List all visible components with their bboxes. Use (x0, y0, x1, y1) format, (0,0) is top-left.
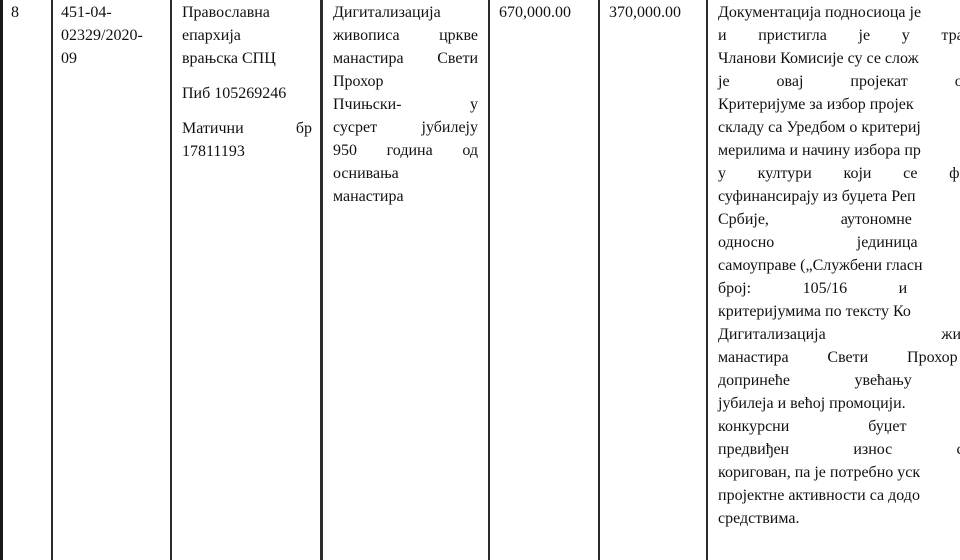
explanation-line: предвиђен износ средста (718, 438, 960, 461)
project-title-cell: Дигитализацијаживописа црквеманастира Св… (320, 0, 488, 560)
explanation-line: самоуправе („Службени гласн (718, 254, 960, 277)
reference-line: 451-04- (61, 1, 164, 24)
explanation-line: Документација подносиоца је (718, 1, 960, 24)
project-title-line: 950 година од (333, 139, 478, 162)
explanation-line: коригован, па је потребно уск (718, 461, 960, 484)
project-title: Дигитализацијаживописа црквеманастира Св… (333, 1, 478, 208)
requested-amount-cell: 670,000.00 (488, 0, 598, 560)
explanation-line: Чланови Комисије су се слож (718, 47, 960, 70)
explanation-line: је овај пројекат одговор (718, 70, 960, 93)
explanation-line: манастира Свети Прохор П (718, 346, 960, 369)
project-title-line: манастира Свети (333, 47, 478, 70)
organization-name-line: Православна (182, 1, 312, 24)
project-title-line: манастира (333, 185, 478, 208)
explanation-line: односно јединица л (718, 231, 960, 254)
explanation-line: складу са Уредбом о критериј (718, 116, 960, 139)
explanation-line: јубилеја и већој промоцији. (718, 392, 960, 415)
organization-name-line: врањска СПЦ (182, 47, 312, 70)
row-number-cell: 8 (0, 0, 51, 560)
registry-label: Матични (182, 117, 244, 140)
grant-table: 8 451-04- 02329/2020- 09 Православна епа… (0, 0, 960, 560)
reference-line: 09 (61, 47, 164, 70)
explanation-line: пројектне активности са додо (718, 484, 960, 507)
registry-abbr: бр (296, 117, 312, 140)
organization-pib: Пиб 105269246 (182, 82, 312, 105)
explanation-line: Србије, аутономне пок (718, 208, 960, 231)
explanation-line: Дигитализација живописа (718, 323, 960, 346)
project-title-line: живописа цркве (333, 24, 478, 47)
project-title-line: Дигитализација (333, 1, 478, 24)
explanation-line: у култури који се финанси (718, 162, 960, 185)
row-number: 8 (11, 4, 19, 21)
explanation-line: Критеријуме за избор пројек (718, 93, 960, 116)
explanation-line: критеријумима по тексту Ко (718, 300, 960, 323)
approved-amount-cell: 370,000.00 (598, 0, 706, 560)
project-title-line: сусрет јубилеју (333, 116, 478, 139)
project-title-line: Пчињски- у (333, 93, 478, 116)
project-title-line: оснивања (333, 162, 478, 185)
organization-name-line: епархија (182, 24, 312, 47)
registry-number: 17811193 (182, 140, 312, 163)
explanation-line: број: 105/16 и 112/17) (718, 277, 960, 300)
explanation-line: конкурсни буџет огр (718, 415, 960, 438)
organization-cell: Православна епархија врањска СПЦ Пиб 105… (170, 0, 320, 560)
reference-number-cell: 451-04- 02329/2020- 09 (51, 0, 170, 560)
reference-line: 02329/2020- (61, 24, 164, 47)
explanation-cell: Документација подносиоца јеи пристигла ј… (706, 0, 960, 560)
explanation-line: допринеће увећању надо (718, 369, 960, 392)
project-title-line: Прохор (333, 70, 478, 93)
explanation-line: и пристигла је у траженом (718, 24, 960, 47)
explanation-text: Документација подносиоца јеи пристигла ј… (718, 1, 960, 530)
organization-registry-label-line: Матични бр (182, 117, 312, 140)
requested-amount: 670,000.00 (499, 4, 571, 21)
explanation-line: мерилима и начину избора пр (718, 139, 960, 162)
explanation-line: средствима. (718, 507, 960, 530)
approved-amount: 370,000.00 (609, 4, 681, 21)
explanation-line: суфинансирају из буџета Реп (718, 185, 960, 208)
